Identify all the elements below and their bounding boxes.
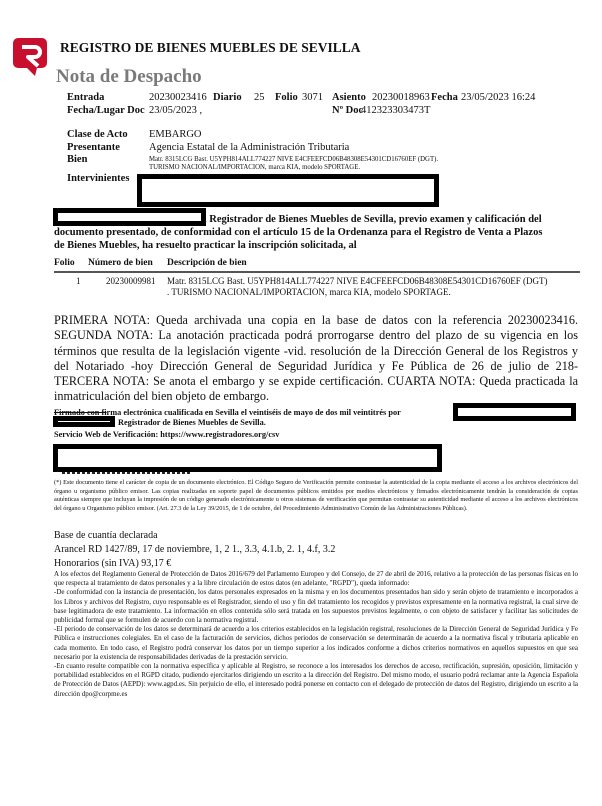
col-descripcion: Descripción de bien xyxy=(167,258,247,268)
col-folio: Folio xyxy=(54,258,75,268)
entrada-value: 20230023416 xyxy=(149,91,207,104)
col-numero: Número de bien xyxy=(88,258,153,268)
fees-block: Base de cuantía declarada Arancel RD 142… xyxy=(54,529,335,571)
bien-label: Bien xyxy=(67,154,87,165)
arancel: Arancel RD 1427/89, 17 de noviembre, 1, … xyxy=(54,543,335,557)
notes-paragraph: PRIMERA NOTA: Queda archivada una copia … xyxy=(54,313,578,405)
asiento-value: 20230018963 xyxy=(372,91,430,104)
presentante-value: Agencia Estatal de la Administración Tri… xyxy=(149,142,349,153)
redacted-intervinientes xyxy=(137,174,439,207)
base-cuantia: Base de cuantía declarada xyxy=(54,529,335,543)
bienes-table-header: Folio Número de bien Descripción de bien xyxy=(54,258,580,273)
redacted-csv-code xyxy=(53,444,442,472)
rgpd-paragraph-2: -De conformidad con la instancia de pres… xyxy=(54,588,578,625)
entrada-label: Entrada xyxy=(67,91,104,104)
resolution-line-3: de Bienes Muebles, ha resuelto practicar… xyxy=(54,239,554,252)
row-desc-line-1: Matr. 8315LCG Bast. U5YPH814ALL774227 NI… xyxy=(167,276,548,287)
redacted-registrador-name xyxy=(53,208,206,226)
row-folio: 1 xyxy=(76,276,81,287)
fecha-lugar-label: Fecha/Lugar Doc xyxy=(67,104,145,117)
folio-value: 3071 xyxy=(302,91,323,104)
fecha-label: Fecha xyxy=(431,91,458,104)
redacted-signer-name xyxy=(453,403,576,421)
row-desc-line-2: . TURISMO NACIONAL/IMPORTACION, marca KI… xyxy=(167,287,451,298)
honorarios: Honorarios (sin IVA) 93,17 € xyxy=(54,557,335,571)
resolution-line-2: documento presentado, de conformidad con… xyxy=(54,226,554,239)
ndoc-value: 412323303473T xyxy=(361,104,430,117)
folio-label: Folio xyxy=(275,91,298,104)
rgpd-paragraph-3: -El periodo de conservación de los datos… xyxy=(54,625,578,662)
row-numero: 20230009981 xyxy=(106,276,156,287)
document-title: Nota de Despacho xyxy=(56,66,202,88)
diario-label: Diario xyxy=(213,91,242,104)
electronic-copy-footnote: (*) Este documento tiene el carácter de … xyxy=(54,479,578,513)
redacted-signer-name-2 xyxy=(53,416,115,427)
rgpd-paragraph-4: -En cuanto resulte compatible con la nor… xyxy=(54,662,578,699)
rgpd-notice: A los efectos del Reglamento General de … xyxy=(54,570,578,699)
registry-name: REGISTRO DE BIENES MUEBLES DE SEVILLA xyxy=(60,40,360,56)
clase-acto-label: Clase de Acto xyxy=(67,129,128,140)
rgpd-paragraph-1: A los efectos del Reglamento General de … xyxy=(54,570,578,588)
intervinientes-label: Intervinientes xyxy=(67,173,129,184)
fecha-value: 23/05/2023 16:24 xyxy=(461,91,535,104)
registradores-logo-icon xyxy=(13,38,49,78)
presentante-label: Presentante xyxy=(67,142,120,153)
dotted-separator xyxy=(62,472,192,474)
signature-registrador: Registrador de Bienes Muebles de Sevilla… xyxy=(118,418,266,429)
asiento-label: Asiento xyxy=(332,91,366,104)
clase-acto-value: EMBARGO xyxy=(149,129,202,140)
verification-service: Servicio Web de Verificación: https://ww… xyxy=(54,430,279,441)
fecha-lugar-value: 23/05/2023 , xyxy=(149,104,202,117)
bien-line-2: TURISMO NACIONAL/IMPORTACION, marca KIA,… xyxy=(149,163,360,172)
resolution-line-1: , Registrador de Bienes Muebles de Sevil… xyxy=(204,213,564,226)
ndoc-label: Nº Doc xyxy=(332,104,363,117)
diario-value: 25 xyxy=(254,91,265,104)
